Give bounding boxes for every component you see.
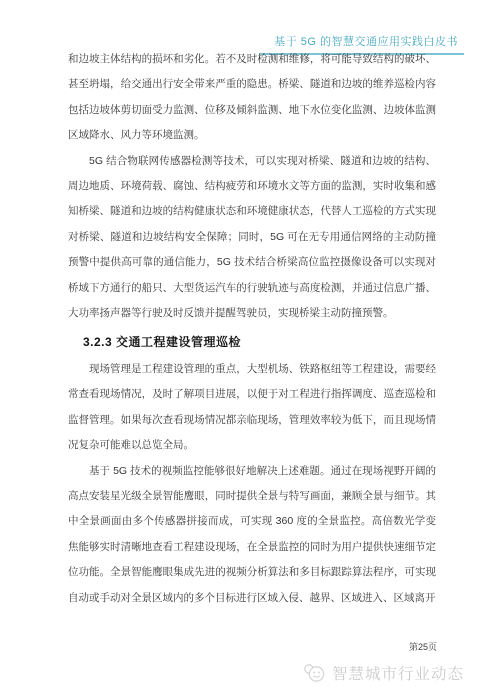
paragraph-5g-video-surveillance: 基于 5G 技术的视频监控能够很好地解决上述难题。通过在现场视野开阔的高点安装星… — [68, 459, 436, 611]
watermark: 智慧城市行业动态 — [303, 662, 464, 684]
page-number: 第25页 — [409, 640, 437, 653]
document-page: 基于 5G 的智慧交通应用实践白皮书 和边坡主体结构的损坏和劣化。若不及时检测和… — [0, 0, 495, 700]
paragraph-5g-iot-sensors: 5G 结合物联网传感器检测等技术，可以实现对桥梁、隧道和边坡的结构、周边地质、环… — [68, 149, 436, 327]
document-body: 和边坡主体结构的损坏和劣化。若不及时检测和维修，将可能导致结构的破坏、甚至坍塌，… — [68, 47, 436, 611]
paragraph-bridge-slope-monitoring: 和边坡主体结构的损坏和劣化。若不及时检测和维修，将可能导致结构的破坏、甚至坍塌，… — [68, 47, 436, 149]
chat-face-icon — [303, 663, 327, 683]
watermark-text: 智慧城市行业动态 — [332, 662, 464, 684]
paragraph-site-management: 现场管理是工程建设管理的重点，大型机场、铁路枢纽等工程建设，需要经常查看现场情况… — [68, 357, 436, 459]
section-heading-323: 3.2.3 交通工程建设管理巡检 — [68, 330, 436, 355]
